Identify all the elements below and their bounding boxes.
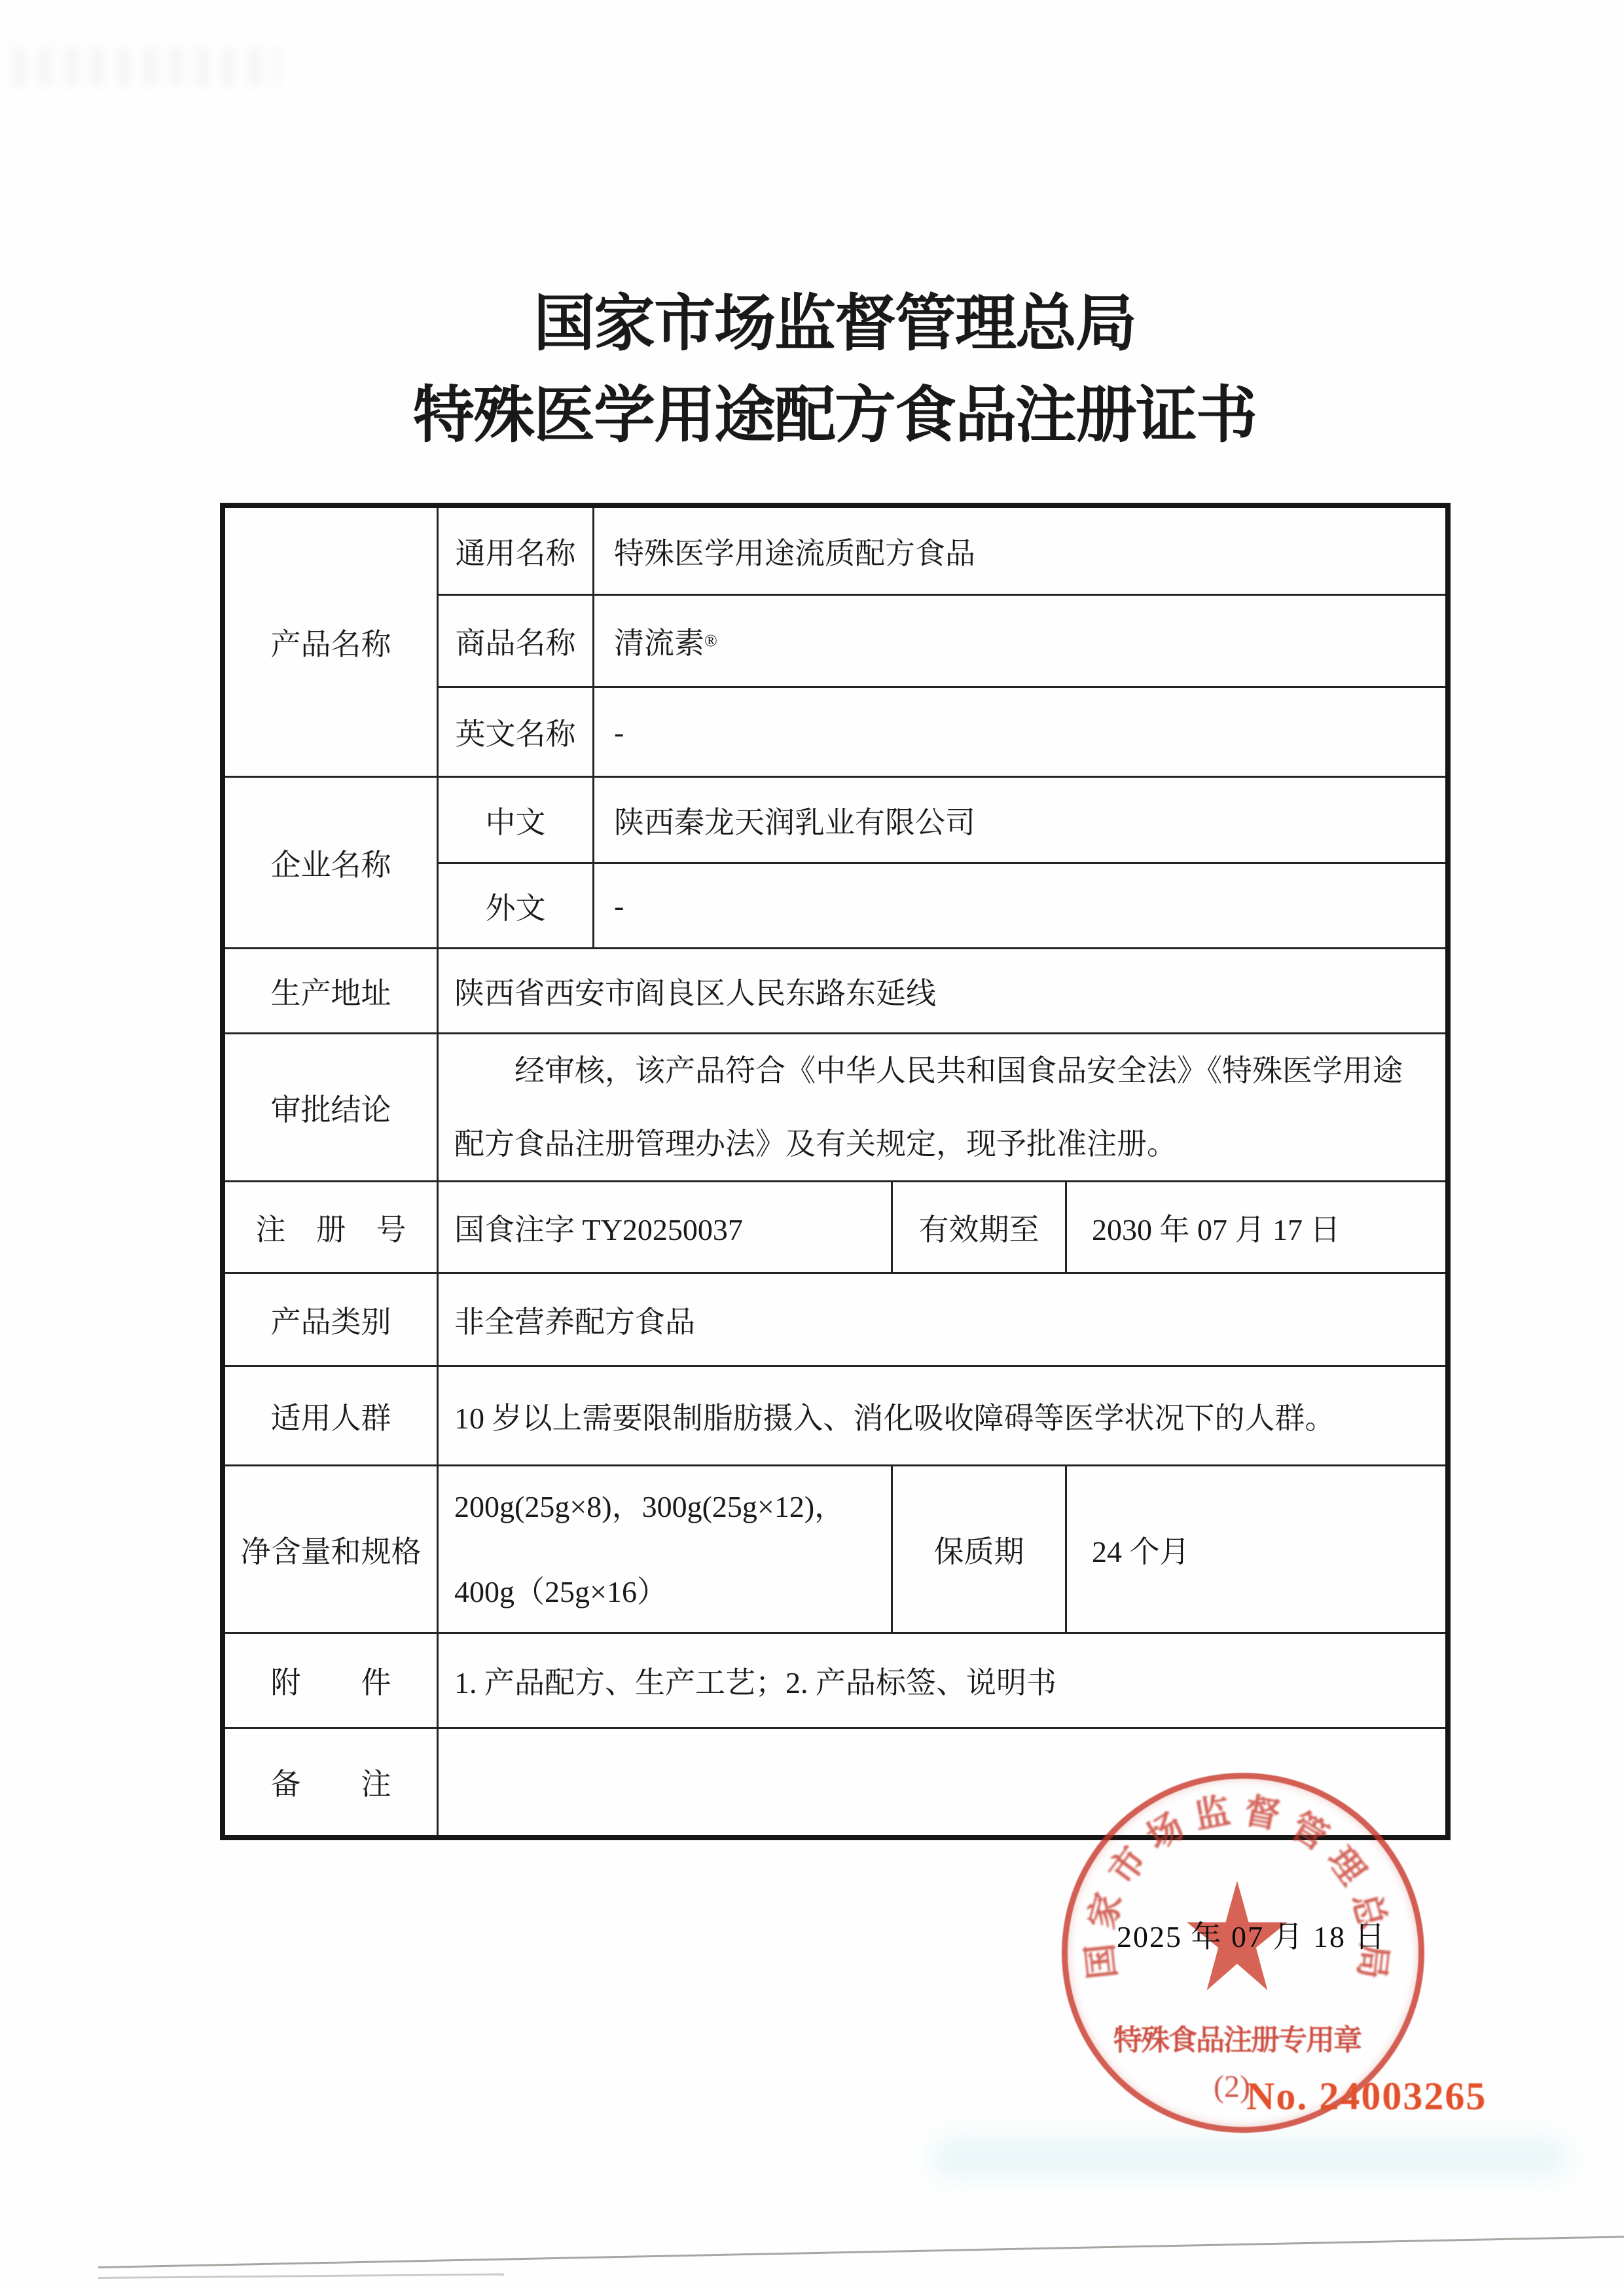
- population-value: 10 岁以上需要限制脂肪摄入、消化吸收障碍等医学状况下的人群。: [439, 1367, 1445, 1466]
- category-value: 非全营养配方食品: [439, 1274, 1445, 1367]
- certificate-table: 产品名称 通用名称 特殊医学用途流质配方食品 商品名称 清流素® 英文名称 - …: [220, 503, 1451, 1840]
- english-name-label: 英文名称: [439, 688, 594, 778]
- scan-edge-line: [98, 2274, 504, 2279]
- valid-until-value: 2030 年 07 月 17 日: [1067, 1182, 1445, 1274]
- trade-name-text: 清流素: [614, 619, 704, 663]
- net-content-label: 净含量和规格: [225, 1466, 439, 1634]
- generic-name-value: 特殊医学用途流质配方食品: [594, 508, 1445, 596]
- trade-name-label: 商品名称: [439, 596, 594, 688]
- net-content-value-cell: 200g(25g×8)，300g(25g×12)， 400g（25g×16）: [439, 1466, 893, 1634]
- valid-until-label: 有效期至: [893, 1182, 1067, 1274]
- seal-ring-char: 督: [1239, 1790, 1285, 1836]
- net-content-value: 200g(25g×8)，300g(25g×12)， 400g（25g×16）: [454, 1464, 844, 1635]
- approval-value: 经审核，该产品符合《中华人民共和国食品安全法》《特殊医学用途配方食品注册管理办法…: [454, 1034, 1422, 1181]
- english-name-value: -: [594, 688, 1445, 778]
- scan-smudge-artifact: [936, 2139, 1564, 2175]
- issuing-authority-title: 国家市场监督管理总局: [46, 293, 1623, 355]
- product-name-label: 产品名称: [225, 508, 439, 778]
- population-label: 适用人群: [225, 1367, 439, 1466]
- seal-bottom-text: 特殊食品注册专用章: [1100, 2016, 1375, 2058]
- attachments-label: 附 件: [225, 1634, 439, 1729]
- registration-number-label: 注 册 号: [225, 1182, 439, 1274]
- shelf-life-value: 24 个月: [1067, 1466, 1445, 1634]
- seal-ring-char: 市: [1100, 1838, 1155, 1893]
- scan-smudge-artifact: [12, 47, 280, 86]
- certificate-title: 特殊医学用途配方食品注册证书: [46, 385, 1623, 446]
- issue-date: 2025 年 07 月 18 日: [1117, 1913, 1386, 1956]
- approval-label: 审批结论: [225, 1034, 439, 1182]
- attachments-value: 1. 产品配方、生产工艺；2. 产品标签、说明书: [439, 1634, 1445, 1729]
- company-name-label: 企业名称: [225, 778, 439, 949]
- shelf-life-label: 保质期: [893, 1466, 1067, 1634]
- approval-value-cell: 经审核，该产品符合《中华人民共和国食品安全法》《特殊医学用途配方食品注册管理办法…: [439, 1034, 1445, 1182]
- generic-name-label: 通用名称: [439, 508, 594, 596]
- seal-ring-char: 场: [1138, 1804, 1192, 1859]
- seal-ring-char: 监: [1189, 1790, 1235, 1836]
- certificate-page: 国家市场监督管理总局 特殊医学用途配方食品注册证书 产品名称 通用名称 特殊医学…: [0, 0, 1624, 2288]
- scan-edge-line: [98, 2236, 1624, 2268]
- remarks-label: 备 注: [225, 1729, 439, 1835]
- company-cn-label: 中文: [439, 778, 594, 864]
- address-value: 陕西省西安市阎良区人民东路东延线: [439, 949, 1445, 1034]
- net-content-line1: 200g(25g×8)，300g(25g×12)，: [454, 1464, 844, 1550]
- company-cn-value: 陕西秦龙天润乳业有限公司: [594, 778, 1445, 864]
- net-content-line2: 400g（25g×16）: [454, 1550, 844, 1635]
- address-label: 生产地址: [225, 949, 439, 1034]
- trade-name-value: 清流素®: [594, 596, 1445, 688]
- category-label: 产品类别: [225, 1274, 439, 1367]
- company-foreign-label: 外文: [439, 864, 594, 949]
- seal-serial-number: No. 24003265: [1246, 2074, 1487, 2119]
- registration-number-value: 国食注字 TY20250037: [439, 1182, 893, 1274]
- company-foreign-value: -: [594, 864, 1445, 949]
- seal-ring-char: 管: [1282, 1804, 1337, 1859]
- seal-ring-char: 理: [1319, 1838, 1374, 1893]
